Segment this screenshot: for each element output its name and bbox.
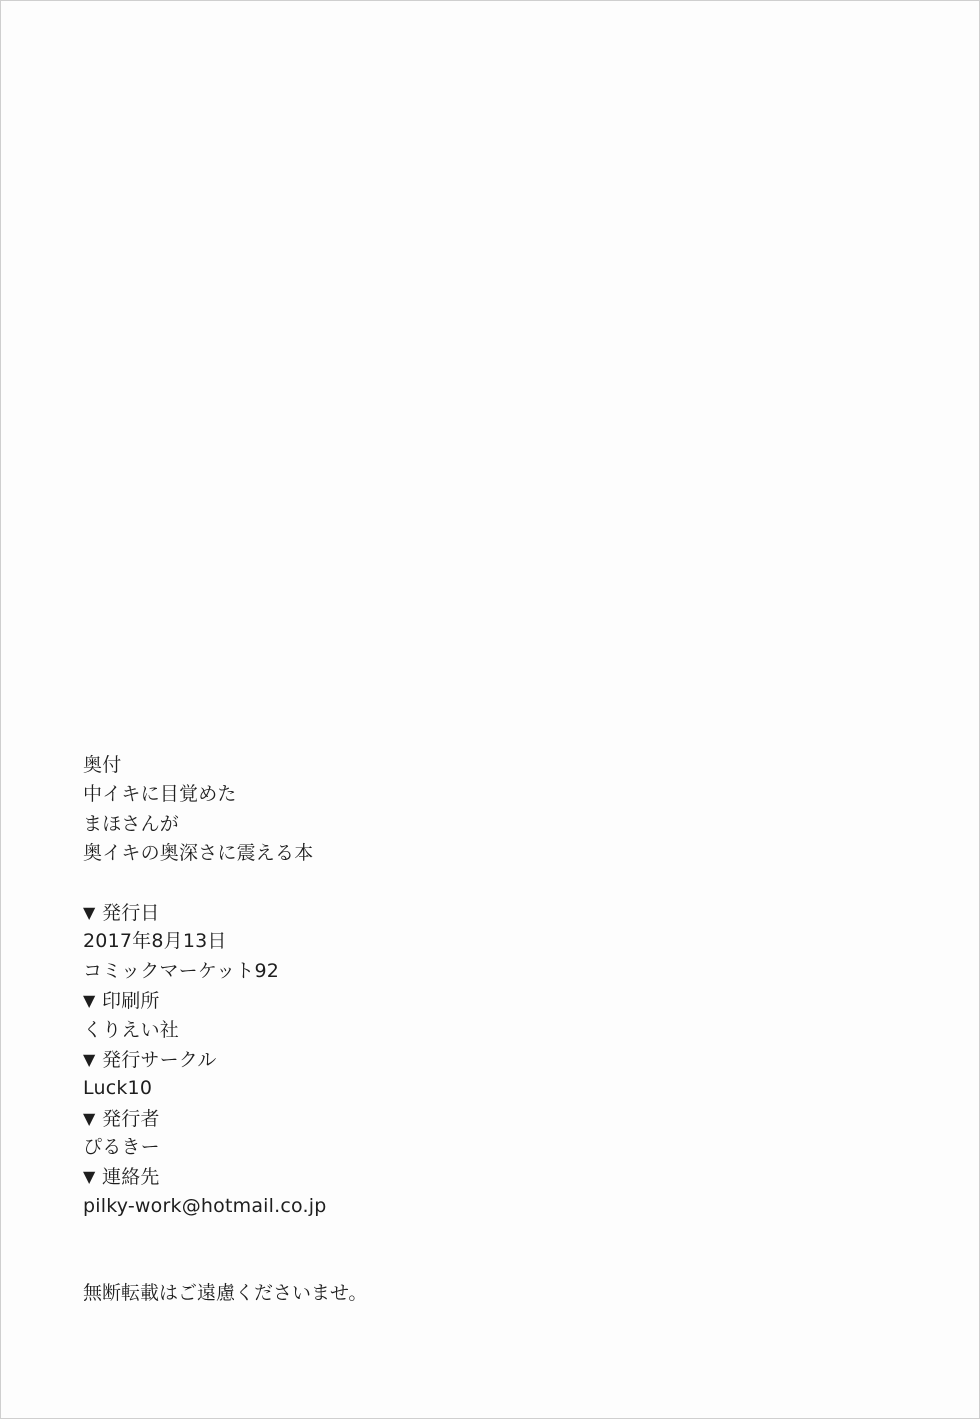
- section-label-publisher: ▼発行者: [83, 1104, 326, 1133]
- publish-date-value: 2017年8月13日: [83, 927, 326, 956]
- printer-value: くりえい社: [83, 1016, 326, 1045]
- spacer: [83, 869, 326, 898]
- section-label-printer: ▼印刷所: [83, 986, 326, 1015]
- section-label-publish-date: ▼発行日: [83, 898, 326, 927]
- contact-email: pilky-work@hotmail.co.jp: [83, 1192, 326, 1221]
- book-title-line: 奥イキの奥深さに震える本: [83, 839, 326, 868]
- no-reprint-notice: 無断転載はご遠慮くださいませ。: [83, 1279, 367, 1308]
- triangle-down-icon: ▼: [83, 1104, 102, 1133]
- colophon-heading: 奥付: [83, 751, 326, 780]
- section-label-circle: ▼発行サークル: [83, 1045, 326, 1074]
- book-title-line: まほさんが: [83, 810, 326, 839]
- publisher-value: ぴるきー: [83, 1133, 326, 1162]
- triangle-down-icon: ▼: [83, 1045, 102, 1074]
- triangle-down-icon: ▼: [83, 1162, 102, 1191]
- document-page: 奥付 中イキに目覚めた まほさんが 奥イキの奥深さに震える本 ▼発行日 2017…: [0, 0, 980, 1419]
- event-value: コミックマーケット92: [83, 957, 326, 986]
- triangle-down-icon: ▼: [83, 986, 102, 1015]
- section-label-contact: ▼連絡先: [83, 1162, 326, 1191]
- circle-value: Luck10: [83, 1074, 326, 1103]
- triangle-down-icon: ▼: [83, 898, 102, 927]
- book-title-line: 中イキに目覚めた: [83, 780, 326, 809]
- colophon: 奥付 中イキに目覚めた まほさんが 奥イキの奥深さに震える本 ▼発行日 2017…: [83, 751, 326, 1221]
